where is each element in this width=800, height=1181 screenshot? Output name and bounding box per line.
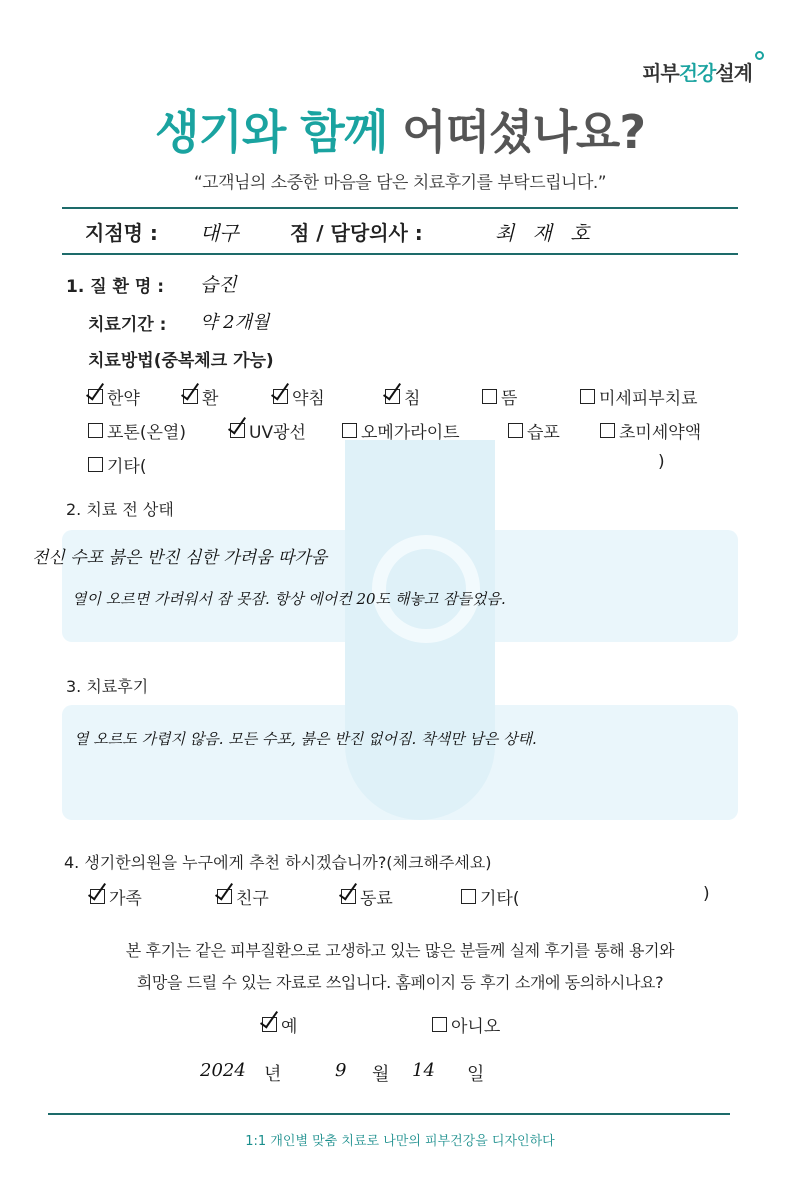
before-state-line2[interactable]: 열이 오르면 가려워서 잠 못잠. 항상 에어컨 20도 해놓고 잠들었음. [72, 588, 506, 609]
brand-suffix: 설계 [715, 61, 752, 85]
consent-line2: 희망을 드릴 수 있는 자료로 쓰입니다. 홈페이지 등 후기 소개에 동의하시… [0, 970, 800, 993]
subtitle: “고객님의 소중한 마음을 담은 치료후기를 부탁드립니다.” [0, 168, 800, 193]
method-checkbox-micro-skin[interactable]: 미세피부치료 [580, 384, 698, 409]
section2-heading: 2. 치료 전 상태 [66, 497, 174, 520]
page-title: 생기와 함께 어떠셨나요? [0, 96, 800, 162]
branch-rule [62, 253, 738, 255]
checkbox-checked-icon[interactable] [217, 889, 232, 904]
checkbox-icon[interactable] [461, 889, 476, 904]
brand-accent: 건강 [679, 61, 716, 85]
date-year-label: 년 [264, 1060, 281, 1086]
disease-label: 1. 질 환 명 : [66, 272, 164, 297]
checkbox-checked-icon[interactable] [273, 389, 288, 404]
method-checkbox-photon[interactable]: 포톤(온열) [88, 418, 186, 443]
date-month[interactable]: 9 [335, 1060, 346, 1081]
method-checkbox-hwan[interactable]: 환 [183, 384, 218, 409]
checkbox-checked-icon[interactable] [90, 889, 105, 904]
checkbox-checked-icon[interactable] [385, 389, 400, 404]
date-day[interactable]: 14 [412, 1060, 435, 1081]
checkbox-checked-icon[interactable] [341, 889, 356, 904]
method-other-close: ) [658, 452, 665, 472]
recommend-checkbox-family[interactable]: 가족 [90, 884, 142, 909]
date-year[interactable]: 2024 [200, 1060, 246, 1081]
period-label: 치료기간 : [88, 310, 166, 335]
checkbox-checked-icon[interactable] [183, 389, 198, 404]
disease-value[interactable]: 습진 [200, 270, 237, 297]
consent-yes-checkbox[interactable]: 예 [262, 1012, 297, 1037]
section3-heading: 3. 치료후기 [66, 674, 148, 697]
method-checkbox-chim[interactable]: 침 [385, 384, 420, 409]
method-checkbox-tteum[interactable]: 뜸 [482, 384, 517, 409]
branch-label: 지점명 : [85, 217, 158, 246]
method-checkbox-ultra-micro[interactable]: 초미세약액 [600, 418, 701, 443]
consent-line1: 본 후기는 같은 피부질환으로 고생하고 있는 많은 분들께 실제 후기를 통해… [0, 938, 800, 961]
method-checkbox-other[interactable]: 기타( [88, 452, 146, 477]
recommend-checkbox-colleague[interactable]: 동료 [341, 884, 393, 909]
title-part1: 생기와 함께 [155, 105, 387, 159]
title-part2: 어떠셨나요? [402, 105, 645, 159]
checkbox-icon[interactable] [580, 389, 595, 404]
footer-rule [48, 1113, 730, 1115]
date-day-label: 일 [467, 1060, 484, 1086]
brand-prefix: 피부 [642, 61, 679, 85]
checkbox-checked-icon[interactable] [88, 389, 103, 404]
checkbox-checked-icon[interactable] [262, 1017, 277, 1032]
doctor-value[interactable]: 최 재 호 [495, 217, 596, 246]
method-checkbox-uv[interactable]: UV광선 [230, 418, 306, 443]
checkbox-icon[interactable] [88, 457, 103, 472]
checkbox-icon[interactable] [508, 423, 523, 438]
checkbox-checked-icon[interactable] [230, 423, 245, 438]
checkbox-icon[interactable] [482, 389, 497, 404]
method-checkbox-omega-light[interactable]: 오메가라이트 [342, 418, 460, 443]
recommend-checkbox-other[interactable]: 기타( [461, 884, 519, 909]
section4-heading: 4. 생기한의원을 누구에게 추천 하시겠습니까?(체크해주세요) [64, 850, 492, 873]
method-checkbox-seuppo[interactable]: 습포 [508, 418, 560, 443]
branch-row: 지점명 : 대구 점 / 담당의사 : 최 재 호 [85, 217, 740, 247]
recommend-checkbox-friend[interactable]: 친구 [217, 884, 269, 909]
date-month-label: 월 [372, 1060, 389, 1086]
review-line1[interactable]: 열 오르도 가렵지 않음. 모든 수포, 붉은 반진 없어짐. 착색만 남은 상… [74, 728, 537, 749]
recommend-other-close: ) [703, 884, 710, 904]
method-checkbox-yakchim[interactable]: 약침 [273, 384, 325, 409]
before-state-line1[interactable]: 전신 수포 붉은 반진 심한 가려움 따가움 [32, 543, 327, 568]
brand-dot-icon [755, 51, 764, 60]
top-rule [62, 207, 738, 209]
doctor-label: 점 / 담당의사 : [290, 217, 423, 246]
checkbox-icon[interactable] [432, 1017, 447, 1032]
branch-value[interactable]: 대구 [200, 217, 239, 246]
period-value[interactable]: 약 2개월 [200, 308, 269, 334]
brand-logo: 피부건강설계 [642, 57, 752, 86]
checkbox-icon[interactable] [600, 423, 615, 438]
checkbox-icon[interactable] [88, 423, 103, 438]
method-checkbox-hanyak[interactable]: 한약 [88, 384, 140, 409]
checkbox-icon[interactable] [342, 423, 357, 438]
consent-no-checkbox[interactable]: 아니오 [432, 1012, 500, 1037]
method-label: 치료방법(중복체크 가능) [88, 346, 274, 371]
footer-tagline: 1:1 개인별 맞춤 치료로 나만의 피부건강을 디자인하다 [0, 1130, 800, 1149]
